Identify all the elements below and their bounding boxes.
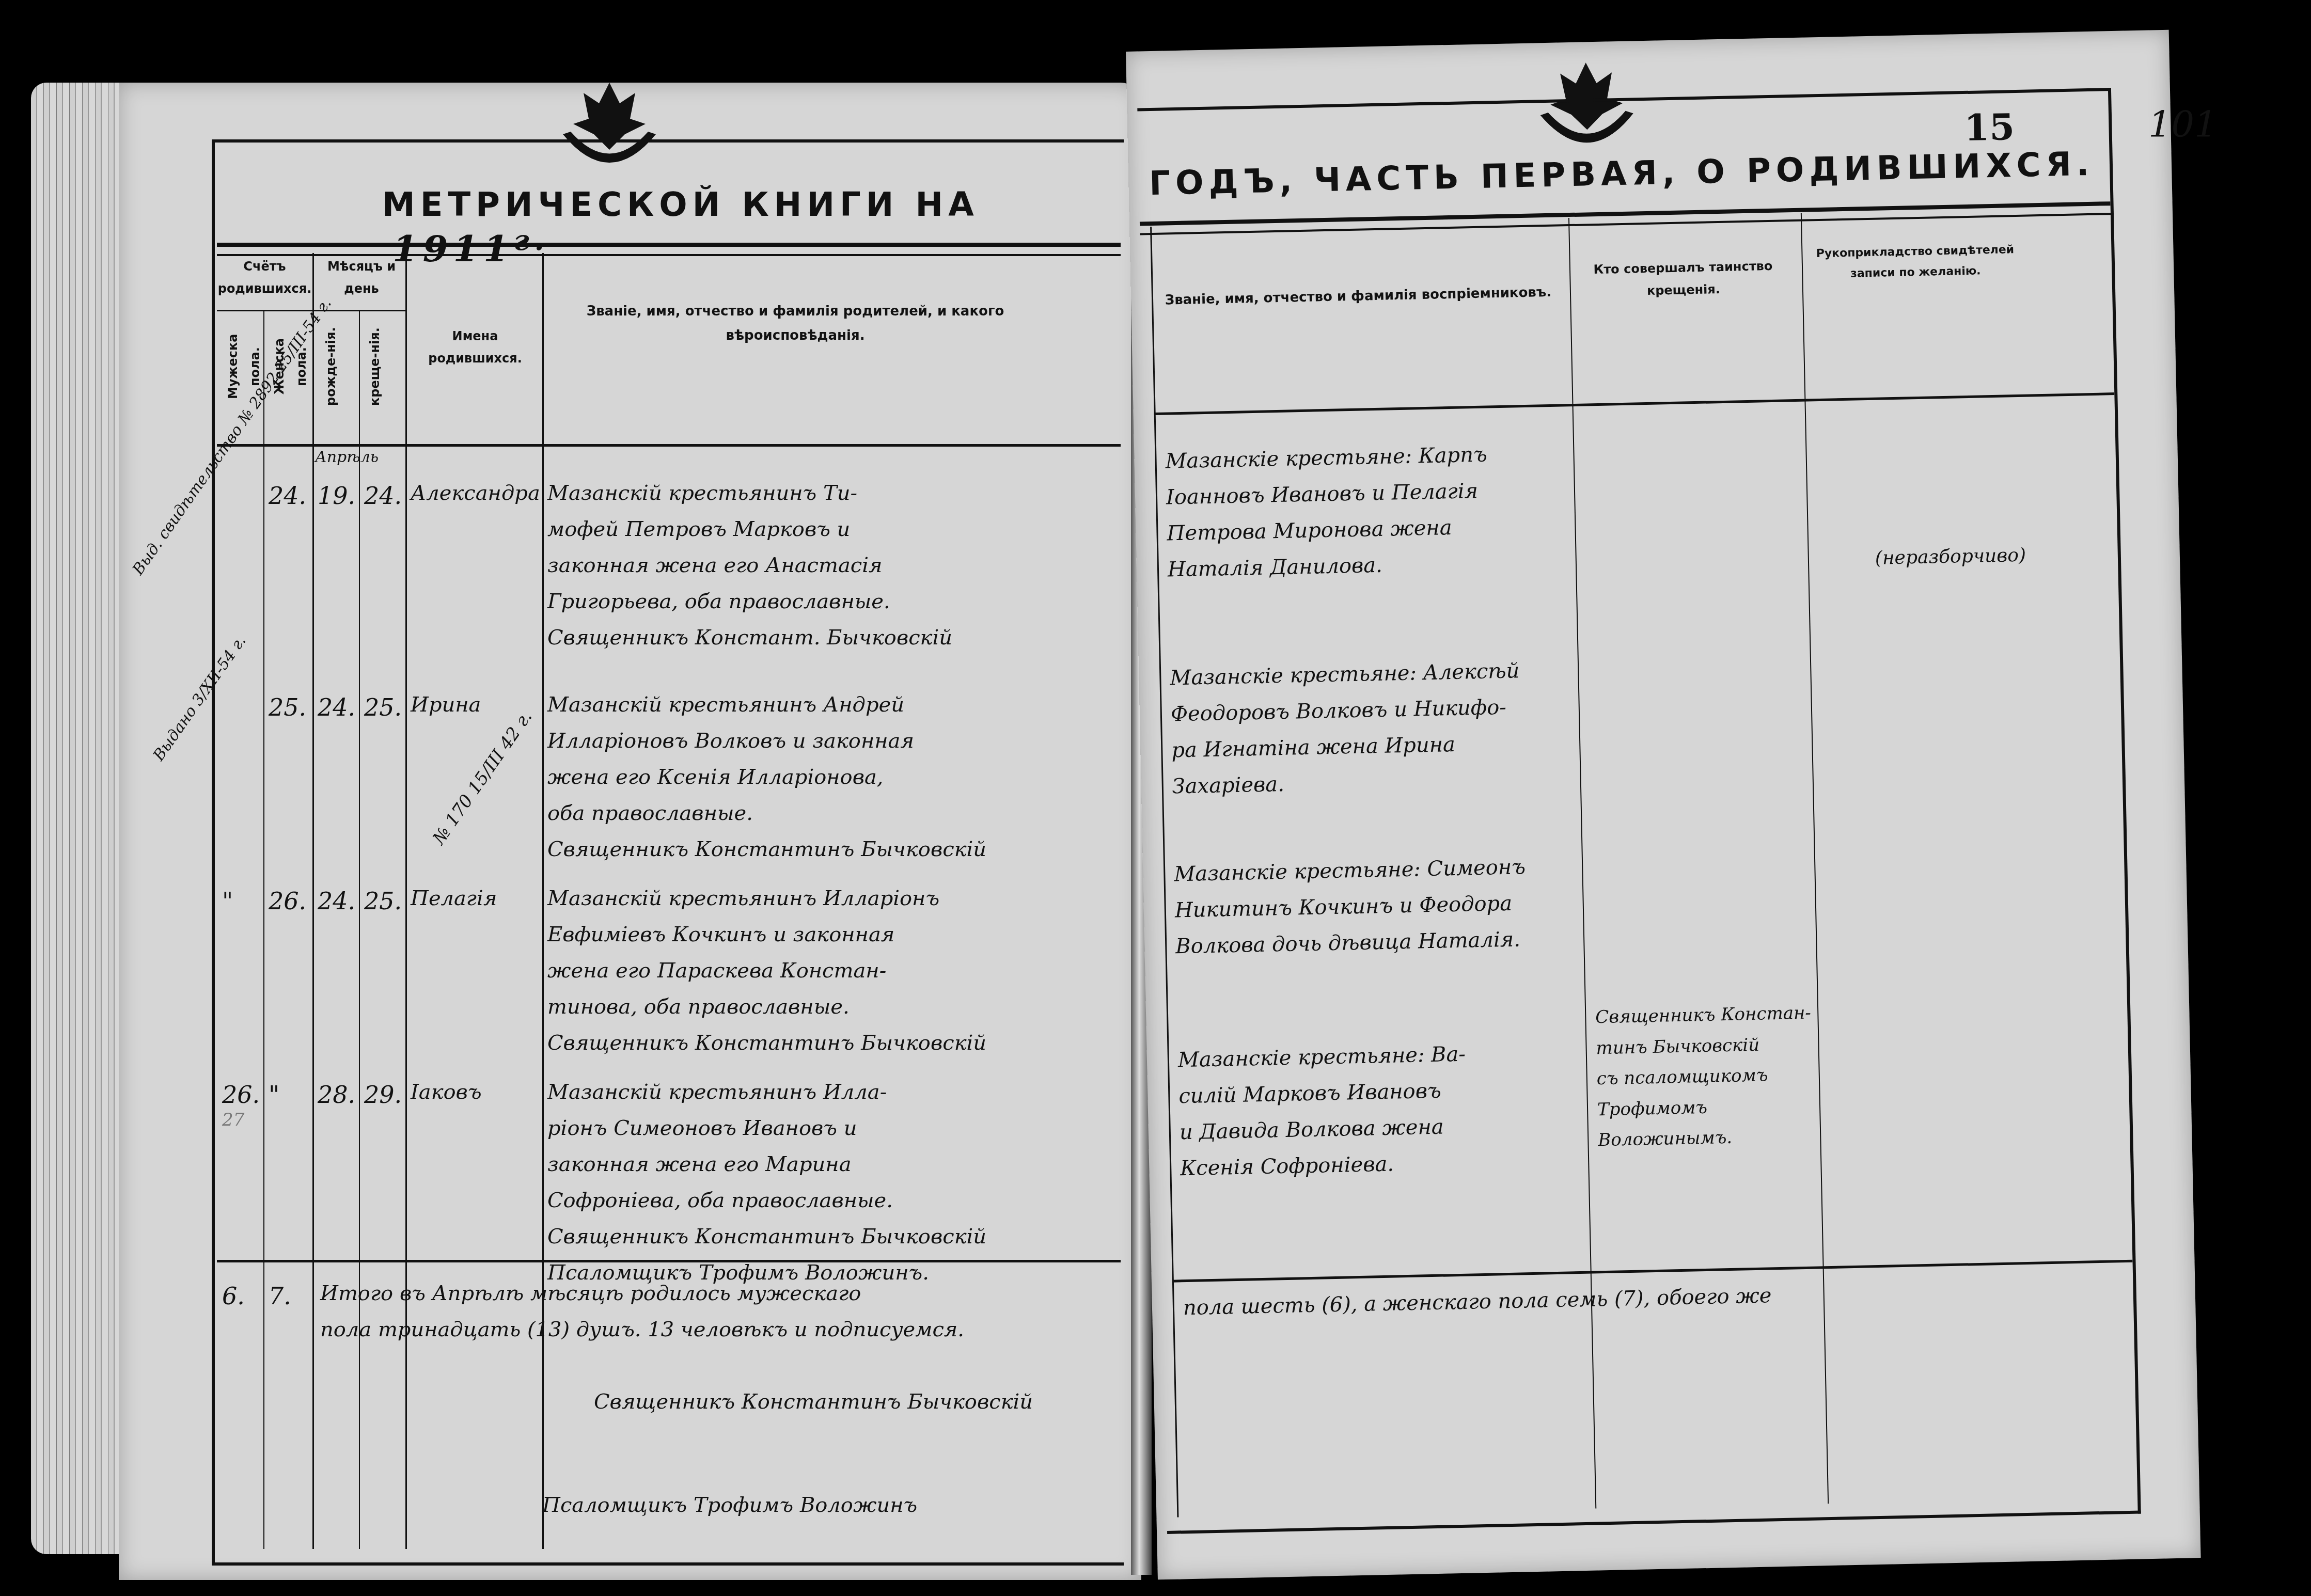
col-header-baptism-day: креще-нія. xyxy=(364,320,386,413)
col-header-birth-day: рожде-нія. xyxy=(320,320,342,413)
col-header-witnesses: Рукоприкладство свидѣтелей записи по жел… xyxy=(1806,240,2024,285)
divider xyxy=(542,253,544,1549)
godparents-text: Мазанскіе крестьяне: Симеонъ Никитинъ Ко… xyxy=(1174,848,1579,965)
header-rule xyxy=(217,243,1121,256)
col-header-birth-count: Счётъ родившихся. xyxy=(217,256,312,300)
baptism-day: 29. xyxy=(364,1074,402,1116)
male-number-correction: 27 xyxy=(222,1105,244,1136)
child-name: Александра xyxy=(411,475,540,511)
godparents-text: Мазанскіе крестьяне: Алексѣй Феодоровъ В… xyxy=(1170,652,1576,804)
open-register-book: МЕТРИЧЕСКОЙ КНИГИ НА 1911г. Счётъ родивш… xyxy=(0,0,2311,1596)
parents-text: Мазанскій крестьянинъ Илла- ріонъ Симеон… xyxy=(547,1074,1043,1291)
baptism-day: 25. xyxy=(364,880,402,922)
witness-signature-illegible: (неразборчиво) xyxy=(1875,539,2026,575)
page-number: 15 xyxy=(1964,105,2015,149)
godparents-text: Мазанскіе крестьяне: Ва- силій Марковъ И… xyxy=(1177,1034,1583,1187)
col-header-parents: Званіе, имя, отчество и фамилія родителе… xyxy=(553,299,1038,348)
parents-text: Мазанскій крестьянинъ Ти- мофей Петровъ … xyxy=(547,475,1043,656)
female-number: 26. xyxy=(269,880,306,922)
godparents-text: Мазанскіе крестьяне: Карпъ Іоанновъ Иван… xyxy=(1165,435,1571,588)
parents-text: Мазанскій крестьянинъ Илларіонъ Евфиміев… xyxy=(547,880,1043,1061)
divider xyxy=(359,310,360,1549)
left-page: МЕТРИЧЕСКОЙ КНИГИ НА 1911г. Счётъ родивш… xyxy=(119,83,1141,1580)
officiant-text: Священникъ Констан- тинъ Бычковскій съ п… xyxy=(1595,998,1826,1156)
right-page: ГОДЪ, ЧАСТЬ ПЕРВАЯ, О РОДИВШИХСЯ. 15 Зва… xyxy=(1126,30,2201,1580)
month-label: Апрѣль xyxy=(315,444,379,471)
divider xyxy=(263,310,264,1549)
birth-day: 24. xyxy=(318,687,355,729)
male-number: " xyxy=(222,880,233,922)
signature-psalmist: Псаломщикъ Трофимъ Воложинъ xyxy=(542,1487,917,1523)
baptism-day: 24. xyxy=(364,475,402,517)
summary-text: Итого въ Апрѣлѣ мѣсяцѣ родилось мужескаг… xyxy=(320,1275,1043,1348)
birth-day: 19. xyxy=(318,475,355,517)
birth-day: 24. xyxy=(318,880,355,922)
female-number: " xyxy=(269,1074,279,1116)
male-total: 6. xyxy=(222,1275,245,1317)
divider xyxy=(312,253,314,1549)
child-name: Ирина xyxy=(411,687,481,723)
baptism-day: 25. xyxy=(364,687,402,729)
child-name: Пелагія xyxy=(411,880,497,916)
col-header-names: Имена родившихся. xyxy=(408,325,542,370)
col-header-month-day: Мѣсяцъ и день xyxy=(315,256,408,300)
child-name: Іаковъ xyxy=(411,1074,482,1110)
birth-day: 28. xyxy=(318,1074,355,1116)
left-heading: МЕТРИЧЕСКОЙ КНИГИ НА 1911г. xyxy=(382,186,1141,270)
parents-text: Мазанскій крестьянинъ Андрей Илларіоновъ… xyxy=(547,687,1043,867)
divider xyxy=(405,253,407,1549)
signature-priest: Священникъ Константинъ Бычковскій xyxy=(594,1384,1033,1420)
female-number: 24. xyxy=(269,475,306,517)
col-header-officiant: Кто совершалъ таинство крещенія. xyxy=(1575,255,1793,304)
folio-number: 101 xyxy=(2148,103,2218,146)
female-number: 25. xyxy=(269,687,306,729)
female-total: 7. xyxy=(269,1275,291,1317)
